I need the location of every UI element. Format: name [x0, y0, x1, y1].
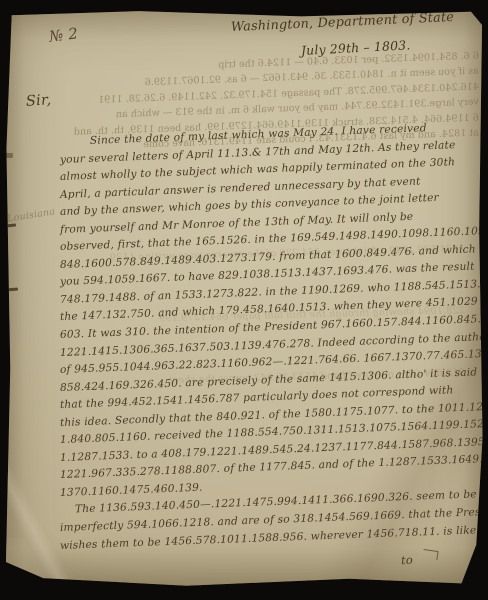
left-edge-ink-mark: [5, 153, 13, 158]
marginal-note: Louisiana: [6, 206, 55, 224]
photograph-background: 6 6. 854.1094.1532. per 1033. 6.40 — 112…: [0, 0, 488, 600]
manuscript-page: 6 6. 854.1094.1532. per 1033. 6.40 — 112…: [5, 10, 483, 588]
letter-body: Since the date of my last which was May …: [60, 134, 476, 555]
salutation: Sir,: [25, 92, 51, 110]
left-edge-ink-mark: [5, 223, 16, 227]
docket-number: № 2: [48, 24, 79, 45]
left-edge-ink-mark: [5, 288, 18, 292]
catchword: to: [401, 553, 414, 568]
pen-flourish-mark: [422, 549, 438, 560]
dateline-place: Washington, Department of State: [231, 10, 455, 35]
